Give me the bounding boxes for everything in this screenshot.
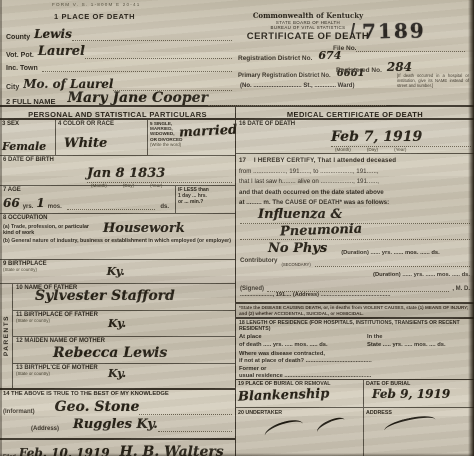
age-if-less-cell: IF LESS than 1 day ... hrs. or ... min.? — [175, 186, 235, 213]
burial-place-label: 19 PLACE OF BURIAL OR REMOVAL — [238, 381, 361, 387]
mother-birthplace-value: Ky. — [108, 367, 126, 380]
pen-stroke — [315, 414, 347, 437]
father-name-value: Sylvester Stafford — [35, 288, 175, 304]
certify-line-3: and that death occurred on the date stat… — [239, 188, 471, 199]
inc-town-row: Inc. Town — [6, 62, 232, 72]
full-name-value: Mary Jane Cooper — [67, 90, 208, 106]
occupation-row: 8 OCCUPATION (a) Trade, profession, or p… — [0, 214, 235, 260]
dotted-leader — [42, 62, 232, 72]
precinct-value: Laurel — [38, 44, 85, 59]
inc-town-label: Inc. Town — [6, 65, 38, 72]
burial-row: 19 PLACE OF BURIAL OR REMOVAL Blankenshi… — [236, 380, 474, 408]
precinct-label: Vot. Pot. — [6, 52, 34, 59]
father-birthplace-row: 11 BIRTHPLACE OF FATHER (State or countr… — [13, 311, 235, 337]
parents-section: PARENTS 10 NAME OF FATHER Sylvester Staf… — [0, 284, 235, 390]
medical-banner: MEDICAL CERTIFICATE OF DEATH — [236, 107, 474, 120]
father-name-row: 10 NAME OF FATHER Sylvester Stafford — [13, 284, 235, 311]
mother-name-row: 12 MAIDEN NAME OF MOTHER Rebecca Lewis — [13, 337, 235, 364]
age-row: 7 AGE 66 yrs. 1 mos. ds. IF LESS than 1 … — [0, 186, 235, 214]
pen-stroke — [263, 416, 306, 444]
informant-label: (Informant) — [3, 409, 35, 415]
father-birthplace-value: Ky. — [108, 317, 126, 330]
filed-row: Filed Feb. 10, 1919 H. B. Walters — [0, 440, 235, 456]
registered-no-label: Registered No. — [336, 67, 382, 74]
marital-value: married — [178, 122, 237, 140]
date-of-death-row: 16 DATE OF DEATH Feb 7, 1919 (Month) (Da… — [236, 120, 474, 154]
dotted-leader — [208, 96, 386, 106]
dod-sublabels: (Month) (Day) (Year) — [335, 147, 471, 152]
race-value: White — [64, 136, 107, 151]
age-label: 7 AGE — [3, 187, 172, 193]
dob-value: Jan 8 1833 — [87, 166, 165, 181]
certify-number: 17 — [239, 156, 246, 167]
informant-value: Geo. Stone — [55, 399, 140, 415]
cause-footnote: *State the DISEASE CAUSING DEATH, or, in… — [236, 302, 474, 319]
registered-no-row: Registered No. 284 — [336, 60, 464, 74]
sex-value: Female — [2, 140, 46, 153]
burial-date-cell: DATE OF BURIAL Feb 9, 1919 — [364, 380, 474, 407]
age-years-value: 66 — [3, 196, 20, 210]
place-of-death-label: 1 PLACE OF DEATH — [54, 12, 135, 21]
dod-value: Feb 7, 1919 — [331, 129, 422, 145]
form-number-note: FORM V. S. 1-800M E 20-41 — [0, 0, 474, 11]
registered-no-value: 284 — [387, 60, 412, 74]
where-contracted-line2: if not at place of death? ..............… — [239, 358, 471, 365]
marital-cell: 5 SINGLE, MARRIED, WIDOWED, OR DIVORCED … — [148, 120, 235, 155]
in-state-line1: In the — [367, 333, 471, 341]
dotted-leader — [315, 257, 470, 267]
dotted-leader — [72, 31, 232, 41]
age-line: 66 yrs. 1 mos. ds. — [3, 196, 172, 210]
hospital-note: [If death occurred in a hospital or inst… — [397, 73, 469, 88]
residence-duration-row: At place of death ..... yrs. ..... mos. … — [236, 333, 474, 351]
city-value: Mo. of Laurel — [23, 77, 113, 91]
dob-label: 6 DATE OF BIRTH — [3, 157, 232, 163]
undertaker-label: 20 UNDERTAKER — [238, 410, 361, 416]
informant-address-label: (Address) — [31, 426, 59, 432]
age-months-unit: mos. — [48, 204, 62, 210]
dotted-leader — [356, 42, 465, 52]
dod-day-label: (Day) — [367, 147, 378, 152]
file-number-stamp: 7189 — [362, 18, 426, 43]
mother-name-value: Rebecca Lewis — [53, 345, 167, 361]
cause-value-2: Pneumonia — [280, 222, 363, 240]
certify-block: 17 I HEREBY CERTIFY, That I attended dec… — [236, 154, 474, 208]
former-residence-line2: usual residence ........................… — [239, 373, 471, 380]
informant-address-row: (Address) Ruggles Ky. — [3, 417, 232, 432]
race-label: 4 COLOR OR RACE — [58, 121, 145, 127]
dod-month-label: (Month) — [335, 147, 351, 152]
dotted-leader — [85, 49, 232, 59]
where-contracted-line1: Where was disease contracted, — [239, 351, 471, 358]
precinct-row: Vot. Pot. Laurel — [6, 44, 232, 59]
undertaker-address-label: ADDRESS — [366, 410, 472, 416]
full-name-row: 2 FULL NAME Mary Jane Cooper — [6, 90, 386, 106]
date-of-birth-row: 6 DATE OF BIRTH Jan 8 1833 (Month) (Day)… — [0, 156, 235, 186]
cause-value-1: Influenza & — [258, 207, 342, 222]
age-less-line3: or ... min.? — [178, 199, 233, 205]
signed-row: (Signed) , M. D. — [236, 281, 474, 292]
signed-md-suffix: , M. D. — [452, 286, 470, 292]
birthplace-value: Ky. — [107, 265, 125, 282]
personal-column: PERSONAL AND STATISTICAL PARTICULARS 3 S… — [0, 107, 236, 456]
dod-label: 16 DATE OF DEATH — [239, 121, 471, 127]
undertaker-row: 20 UNDERTAKER ADDRESS — [236, 408, 474, 456]
signed-date-address-row: ....................., 191.... (Address)… — [236, 292, 474, 302]
primary-district-label: Primary Registration District No. — [238, 73, 331, 79]
sex-cell: 3 SEX Female — [0, 120, 56, 155]
informant-section: 14 THE ABOVE IS TRUE TO THE BEST OF MY K… — [0, 390, 235, 440]
undertaker-address-cell: ADDRESS — [364, 408, 474, 456]
mother-birthplace-row: 13 BIRTHPL'CE OF MOTHER (State or countr… — [13, 364, 235, 388]
certificate-body: PERSONAL AND STATISTICAL PARTICULARS 3 S… — [0, 107, 474, 456]
race-cell: 4 COLOR OR RACE White — [56, 120, 148, 155]
medical-column: MEDICAL CERTIFICATE OF DEATH 16 DATE OF … — [236, 107, 474, 456]
dod-year-label: (Year) — [394, 147, 406, 152]
at-place-line2: of death ..... yrs. ..... mos. ..... ds. — [239, 341, 367, 349]
county-label: County — [6, 34, 30, 41]
truth-statement: 14 THE ABOVE IS TRUE TO THE BEST OF MY K… — [3, 391, 232, 397]
file-no-label: File No. — [333, 45, 356, 52]
certificate-header: 1 PLACE OF DEATH County Lewis Vot. Pot. … — [0, 11, 474, 107]
pen-stroke — [383, 413, 437, 438]
cause-of-death-line-3: No Phys (Duration) ...... yrs. ...... mo… — [240, 240, 470, 256]
county-row: County Lewis — [6, 27, 232, 41]
county-value: Lewis — [34, 27, 72, 41]
age-years-unit: yrs. — [23, 204, 34, 210]
undertaker-cell: 20 UNDERTAKER — [236, 408, 364, 456]
registration-district-label: Registration District No. — [238, 55, 312, 62]
duration-line-1: (Duration) ...... yrs. ...... mos. .....… — [341, 250, 440, 256]
occupation-b-label: (b) General nature of industry, business… — [3, 238, 232, 244]
age-cell: 7 AGE 66 yrs. 1 mos. ds. — [0, 186, 175, 213]
informant-row: (Informant) Geo. Stone — [3, 399, 232, 415]
parents-vertical-label: PARENTS — [0, 284, 13, 388]
certify-line-2: that I last saw h........ alive on .....… — [239, 177, 471, 188]
dotted-leader — [158, 422, 232, 432]
at-place-line1: At place — [239, 333, 367, 341]
parents-label-text: PARENTS — [3, 315, 10, 356]
burial-date-value: Feb 9, 1919 — [372, 387, 450, 401]
birthplace-note: (State or country) — [3, 267, 47, 272]
dotted-leader — [267, 283, 449, 292]
death-certificate-scan: FORM V. S. 1-800M E 20-41 1 PLACE OF DEA… — [0, 0, 474, 456]
cause-value-3: No Phys — [268, 241, 327, 256]
sex-label: 3 SEX — [2, 121, 53, 127]
former-residence-row: Former or usual residence ..............… — [236, 366, 474, 380]
filed-date-value: Feb. 10, 1919 — [19, 446, 110, 456]
personal-banner: PERSONAL AND STATISTICAL PARTICULARS — [0, 107, 235, 120]
file-no-row: File No. — [333, 42, 465, 52]
birthplace-row: 9 BIRTHPLACE (State or country) Ky. — [0, 260, 235, 284]
duration-line-2: (Duration) ...... yrs. ...... mos. .....… — [236, 272, 474, 281]
dotted-leader — [139, 405, 232, 415]
certify-statement: I HEREBY CERTIFY, That I attended deceas… — [254, 156, 396, 167]
contributory-label: Contributory — [240, 257, 277, 271]
contributory-row: Contributory (SECONDARY) — [236, 256, 474, 272]
sex-race-marital-row: 3 SEX Female 4 COLOR OR RACE White 5 SIN… — [0, 120, 235, 156]
occupation-value: Housework — [103, 221, 185, 236]
certify-line-1: from ..................., 191......, to … — [239, 167, 471, 178]
age-months-value: 1 — [36, 196, 44, 210]
city-row: City Mo. of Laurel — [6, 77, 232, 91]
registrar-signature: H. B. Walters — [120, 444, 224, 456]
burial-place-value: Blankenship — [238, 386, 330, 404]
residence-header: 18 LENGTH OF RESIDENCE (FOR HOSPITALS, I… — [236, 319, 474, 333]
cause-of-death-line-2: Pneumonia — [240, 224, 470, 240]
secondary-note: (SECONDARY) — [281, 262, 310, 271]
burial-place-cell: 19 PLACE OF BURIAL OR REMOVAL Blankenshi… — [236, 380, 364, 407]
mother-name-label: 12 MAIDEN NAME OF MOTHER — [16, 338, 232, 344]
full-name-label: 2 FULL NAME — [6, 97, 55, 106]
dotted-leader — [67, 201, 156, 210]
marital-note: (Write the word) — [150, 142, 233, 147]
no-st-ward-line: (No. ............................. St., … — [240, 83, 390, 89]
where-contracted-row: Where was disease contracted, if not at … — [236, 351, 474, 366]
informant-address-value: Ruggles Ky. — [73, 417, 158, 432]
in-state-line2: State ..... yrs. ..... mos. .... ds. — [367, 341, 471, 349]
former-residence-line1: Former or — [239, 366, 471, 373]
age-days-unit: ds. — [160, 204, 169, 210]
occupation-a-label: (a) Trade, profession, or particular kin… — [3, 224, 97, 236]
